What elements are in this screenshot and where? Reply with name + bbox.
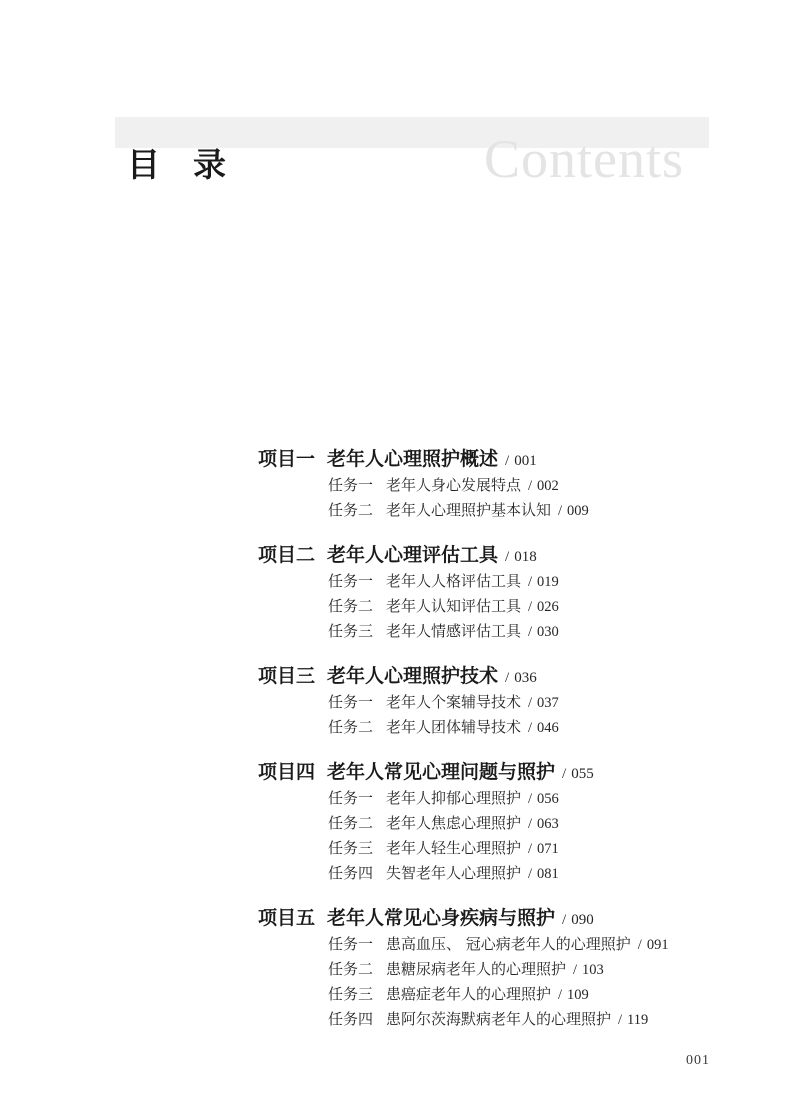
- task-page-number: 119: [627, 1012, 648, 1028]
- task-title: 患阿尔茨海默病老年人的心理照护: [386, 1008, 611, 1029]
- slash-separator: /: [618, 1012, 622, 1028]
- chapter-row: 项目五老年人常见心身疾病与照护/090: [258, 903, 738, 933]
- slash-separator: /: [558, 987, 562, 1003]
- chapter-title: 老年人心理评估工具: [327, 540, 498, 567]
- task-label: 任务三: [328, 983, 386, 1004]
- task-page-number: 071: [537, 841, 559, 857]
- task-pageref: /091: [631, 937, 669, 954]
- task-pageref: /071: [521, 841, 559, 858]
- task-title: 老年人团体辅导技术: [386, 716, 521, 737]
- task-page-number: 037: [537, 695, 559, 711]
- chapter-label: 项目二: [258, 540, 327, 567]
- chapter-page-number: 001: [514, 453, 537, 469]
- slash-separator: /: [528, 841, 532, 857]
- task-title: 老年人人格评估工具: [386, 570, 521, 591]
- task-label: 任务四: [328, 1008, 386, 1029]
- slash-separator: /: [573, 962, 577, 978]
- task-row: 任务二患糖尿病老年人的心理照护/103: [328, 958, 738, 983]
- task-label: 任务二: [328, 812, 386, 833]
- task-label: 任务一: [328, 570, 386, 591]
- task-label: 任务一: [328, 933, 386, 954]
- slash-separator: /: [528, 478, 532, 494]
- chapter-page-number: 018: [514, 549, 537, 565]
- task-pageref: /063: [521, 816, 559, 833]
- chapter-label: 项目四: [258, 757, 327, 784]
- task-title: 老年人焦虑心理照护: [386, 812, 521, 833]
- task-page-number: 109: [567, 987, 589, 1003]
- task-page-number: 091: [647, 937, 669, 953]
- task-pageref: /109: [551, 987, 589, 1004]
- task-title: 患高血压、 冠心病老年人的心理照护: [386, 933, 631, 954]
- task-title: 患糖尿病老年人的心理照护: [386, 958, 566, 979]
- slash-separator: /: [528, 695, 532, 711]
- task-row: 任务三患癌症老年人的心理照护/109: [328, 983, 738, 1008]
- chapter-page-number: 036: [514, 670, 537, 686]
- toc-section: 项目五老年人常见心身疾病与照护/090任务一患高血压、 冠心病老年人的心理照护/…: [258, 903, 738, 1033]
- chapter-pageref: /001: [498, 453, 537, 470]
- toc-list: 项目一老年人心理照护概述/001任务一老年人身心发展特点/002任务二老年人心理…: [258, 444, 738, 1049]
- chapter-label: 项目五: [258, 903, 327, 930]
- task-pageref: /019: [521, 574, 559, 591]
- task-row: 任务一老年人人格评估工具/019: [328, 570, 738, 595]
- slash-separator: /: [528, 624, 532, 640]
- toc-section: 项目一老年人心理照护概述/001任务一老年人身心发展特点/002任务二老年人心理…: [258, 444, 738, 524]
- slash-separator: /: [528, 574, 532, 590]
- task-pageref: /009: [551, 503, 589, 520]
- task-pageref: /103: [566, 962, 604, 979]
- contents-chinese-title: 目 录: [127, 146, 226, 184]
- page-number: 001: [686, 1053, 710, 1069]
- task-row: 任务一老年人身心发展特点/002: [328, 474, 738, 499]
- task-page-number: 103: [582, 962, 604, 978]
- task-row: 任务三老年人情感评估工具/030: [328, 620, 738, 645]
- chapter-row: 项目二老年人心理评估工具/018: [258, 540, 738, 570]
- chapter-label: 项目三: [258, 661, 327, 688]
- task-title: 老年人心理照护基本认知: [386, 499, 551, 520]
- slash-separator: /: [505, 453, 509, 469]
- toc-section: 项目三老年人心理照护技术/036任务一老年人个案辅导技术/037任务二老年人团体…: [258, 661, 738, 741]
- task-label: 任务二: [328, 595, 386, 616]
- slash-separator: /: [528, 599, 532, 615]
- chapter-title: 老年人常见心身疾病与照护: [327, 903, 555, 930]
- slash-separator: /: [558, 503, 562, 519]
- task-page-number: 056: [537, 791, 559, 807]
- chapter-title: 老年人心理照护概述: [327, 444, 498, 471]
- chapter-pageref: /090: [555, 912, 594, 929]
- slash-separator: /: [528, 816, 532, 832]
- task-label: 任务四: [328, 862, 386, 883]
- slash-separator: /: [505, 670, 509, 686]
- task-row: 任务四患阿尔茨海默病老年人的心理照护/119: [328, 1008, 738, 1033]
- task-title: 老年人认知评估工具: [386, 595, 521, 616]
- task-label: 任务二: [328, 499, 386, 520]
- task-row: 任务二老年人认知评估工具/026: [328, 595, 738, 620]
- task-title: 失智老年人心理照护: [386, 862, 521, 883]
- task-row: 任务四失智老年人心理照护/081: [328, 862, 738, 887]
- task-pageref: /026: [521, 599, 559, 616]
- toc-section: 项目四老年人常见心理问题与照护/055任务一老年人抑郁心理照护/056任务二老年…: [258, 757, 738, 887]
- chapter-row: 项目一老年人心理照护概述/001: [258, 444, 738, 474]
- task-label: 任务二: [328, 716, 386, 737]
- task-label: 任务一: [328, 474, 386, 495]
- task-pageref: /081: [521, 866, 559, 883]
- contents-english-title: Contents: [484, 131, 684, 187]
- task-page-number: 019: [537, 574, 559, 590]
- toc-section: 项目二老年人心理评估工具/018任务一老年人人格评估工具/019任务二老年人认知…: [258, 540, 738, 645]
- task-row: 任务二老年人心理照护基本认知/009: [328, 499, 738, 524]
- task-pageref: /046: [521, 720, 559, 737]
- chapter-row: 项目三老年人心理照护技术/036: [258, 661, 738, 691]
- slash-separator: /: [528, 791, 532, 807]
- chapter-pageref: /036: [498, 670, 537, 687]
- task-label: 任务三: [328, 837, 386, 858]
- chapter-title: 老年人常见心理问题与照护: [327, 757, 555, 784]
- task-row: 任务一患高血压、 冠心病老年人的心理照护/091: [328, 933, 738, 958]
- task-pageref: /119: [611, 1012, 648, 1029]
- task-title: 患癌症老年人的心理照护: [386, 983, 551, 1004]
- slash-separator: /: [638, 937, 642, 953]
- chapter-title: 老年人心理照护技术: [327, 661, 498, 688]
- slash-separator: /: [505, 549, 509, 565]
- task-title: 老年人轻生心理照护: [386, 837, 521, 858]
- chapter-label: 项目一: [258, 444, 327, 471]
- task-pageref: /002: [521, 478, 559, 495]
- slash-separator: /: [562, 912, 566, 928]
- chapter-row: 项目四老年人常见心理问题与照护/055: [258, 757, 738, 787]
- task-page-number: 030: [537, 624, 559, 640]
- chapter-page-number: 090: [571, 912, 594, 928]
- task-page-number: 002: [537, 478, 559, 494]
- task-row: 任务一老年人个案辅导技术/037: [328, 691, 738, 716]
- task-label: 任务三: [328, 620, 386, 641]
- slash-separator: /: [528, 720, 532, 736]
- task-pageref: /056: [521, 791, 559, 808]
- task-row: 任务三老年人轻生心理照护/071: [328, 837, 738, 862]
- task-title: 老年人情感评估工具: [386, 620, 521, 641]
- task-page-number: 046: [537, 720, 559, 736]
- task-pageref: /030: [521, 624, 559, 641]
- chapter-page-number: 055: [571, 766, 594, 782]
- task-pageref: /037: [521, 695, 559, 712]
- task-page-number: 063: [537, 816, 559, 832]
- task-title: 老年人身心发展特点: [386, 474, 521, 495]
- slash-separator: /: [528, 866, 532, 882]
- task-page-number: 009: [567, 503, 589, 519]
- page: Contents 目 录 项目一老年人心理照护概述/001任务一老年人身心发展特…: [0, 0, 800, 1120]
- task-page-number: 026: [537, 599, 559, 615]
- chapter-pageref: /055: [555, 766, 594, 783]
- task-row: 任务二老年人焦虑心理照护/063: [328, 812, 738, 837]
- slash-separator: /: [562, 766, 566, 782]
- task-page-number: 081: [537, 866, 559, 882]
- task-label: 任务一: [328, 691, 386, 712]
- task-title: 老年人个案辅导技术: [386, 691, 521, 712]
- chapter-pageref: /018: [498, 549, 537, 566]
- task-label: 任务二: [328, 958, 386, 979]
- task-row: 任务一老年人抑郁心理照护/056: [328, 787, 738, 812]
- task-title: 老年人抑郁心理照护: [386, 787, 521, 808]
- task-row: 任务二老年人团体辅导技术/046: [328, 716, 738, 741]
- task-label: 任务一: [328, 787, 386, 808]
